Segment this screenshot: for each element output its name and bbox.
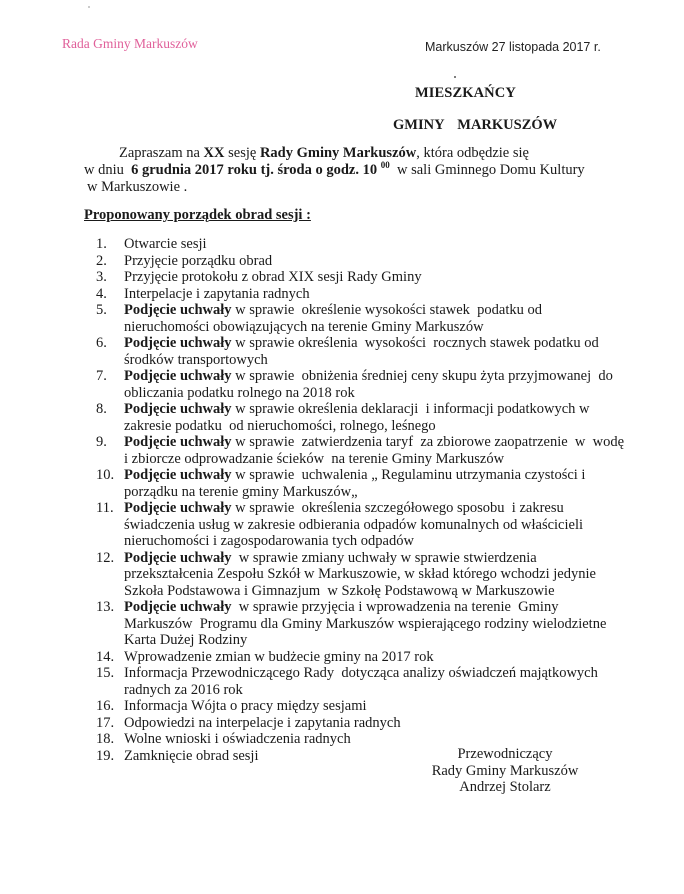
agenda-item-line: Wprowadzenie zmian w budżecie gminy na 2… [124,649,656,666]
intro-line-2: w dniu 6 grudnia 2017 roku tj. środa o g… [84,162,585,179]
agenda-item-number: 18. [96,731,124,748]
agenda-item-line: Podjęcie uchwały w sprawie uchwalenia „ … [124,467,656,484]
agenda-item: 3.Przyjęcie protokołu z obrad XIX sesji … [96,269,656,286]
agenda-item: 7.Podjęcie uchwały w sprawie obniżenia ś… [96,368,656,401]
agenda-item-line: Podjęcie uchwały w sprawie określenia sz… [124,500,656,517]
agenda-item-number: 12. [96,550,124,567]
agenda-item-line: zakresie podatku od nieruchomości, rolne… [124,418,656,435]
agenda-item-line: Podjęcie uchwały w sprawie zatwierdzenia… [124,434,656,451]
agenda-item-action: Podjęcie uchwały [124,368,232,384]
agenda-item-number: 7. [96,368,124,385]
agenda-item-number: 2. [96,253,124,270]
session-date-time: 6 grudnia 2017 roku tj. środa o godz. 10 [131,162,377,178]
agenda-item-number: 3. [96,269,124,286]
agenda-item-text: radnych za 2016 rok [124,682,243,698]
agenda-item-text: porządku na terenie gminy Markuszów„ [124,484,358,500]
signature-block: Przewodniczący Rady Gminy Markuszów Andr… [430,746,580,796]
agenda-item-line: Odpowiedzi na interpelacje i zapytania r… [124,715,656,732]
agenda-item-line: Przyjęcie porządku obrad [124,253,656,270]
agenda-item-line: środków transportowych [124,352,656,369]
agenda-item-number: 17. [96,715,124,732]
agenda-item-number: 8. [96,401,124,418]
agenda-item-text: obliczania podatku rolnego na 2018 rok [124,385,355,401]
agenda-item-text: nieruchomości obowiązujących na terenie … [124,319,484,335]
agenda-item-line: Karta Dużej Rodziny [124,632,656,649]
scan-speck [454,76,456,78]
scan-speck [88,6,90,8]
agenda-item-text: w sprawie uchwalenia „ Regulaminu utrzym… [232,467,586,483]
agenda-item-text: Przyjęcie protokołu z obrad XIX sesji Ra… [124,269,422,285]
agenda-item: 9.Podjęcie uchwały w sprawie zatwierdzen… [96,434,656,467]
agenda-item: 13.Podjęcie uchwały w sprawie przyjęcia … [96,599,656,649]
agenda-item: 15.Informacja Przewodniczącego Rady doty… [96,665,656,698]
agenda-item-number: 13. [96,599,124,616]
agenda-item-action: Podjęcie uchwały [124,550,232,566]
agenda-item-line: Szkoła Podstawowa i Gimnazjum w Szkołę P… [124,583,656,600]
agenda-item: 5.Podjęcie uchwały w sprawie określenie … [96,302,656,335]
agenda-item-text: w sprawie przyjęcia i wprowadzenia na te… [232,599,559,615]
intro-text: , która odbędzie się [416,145,529,161]
agenda-item-line: przekształcenia Zespołu Szkół w Markuszo… [124,566,656,583]
council-name: Rady Gminy Markuszów [260,145,416,161]
agenda-item-line: Podjęcie uchwały w sprawie określenia wy… [124,335,656,352]
agenda-item-text: Informacja Przewodniczącego Rady dotyczą… [124,665,598,681]
agenda-item-number: 9. [96,434,124,451]
agenda-item-text: zakresie podatku od nieruchomości, rolne… [124,418,436,434]
agenda-item-text: w sprawie zatwierdzenia taryf za zbiorow… [232,434,625,450]
agenda-item-line: Informacja Wójta o pracy między sesjami [124,698,656,715]
organization-stamp: Rada Gminy Markuszów [62,36,198,52]
agenda-list: 1.Otwarcie sesji2.Przyjęcie porządku obr… [96,236,656,764]
intro-text: Zapraszam na [119,145,204,161]
agenda-item-action: Podjęcie uchwały [124,302,232,318]
agenda-item: 8.Podjęcie uchwały w sprawie określenia … [96,401,656,434]
agenda-item-line: porządku na terenie gminy Markuszów„ [124,484,656,501]
agenda-item-number: 4. [96,286,124,303]
agenda-item-number: 14. [96,649,124,666]
agenda-item-number: 19. [96,748,124,765]
agenda-item-number: 16. [96,698,124,715]
agenda-item-text: w sprawie określenia wysokości rocznych … [232,335,599,351]
agenda-item-action: Podjęcie uchwały [124,500,232,516]
signature-title: Przewodniczący [430,746,580,763]
agenda-item-line: świadczenia usług w zakresie odbierania … [124,517,656,534]
intro-line-1: Zapraszam na XX sesję Rady Gminy Markusz… [119,145,529,162]
agenda-item-text: Odpowiedzi na interpelacje i zapytania r… [124,715,401,731]
time-minutes: 00 [381,160,390,170]
agenda-item-number: 15. [96,665,124,682]
intro-text: sesję [225,145,260,161]
agenda-item-number: 5. [96,302,124,319]
agenda-item: 16.Informacja Wójta o pracy między sesja… [96,698,656,715]
agenda-item-line: Informacja Przewodniczącego Rady dotyczą… [124,665,656,682]
agenda-item-text: Markuszów Programu dla Gminy Markuszów w… [124,616,606,632]
agenda-item: 12.Podjęcie uchwały w sprawie zmiany uch… [96,550,656,600]
agenda-item-text: Otwarcie sesji [124,236,207,252]
agenda-item: 6.Podjęcie uchwały w sprawie określenia … [96,335,656,368]
agenda-item-line: Otwarcie sesji [124,236,656,253]
agenda-item: 17.Odpowiedzi na interpelacje i zapytani… [96,715,656,732]
agenda-item-line: obliczania podatku rolnego na 2018 rok [124,385,656,402]
agenda-heading: Proponowany porządek obrad sesji : [84,207,311,224]
agenda-item-number: 11. [96,500,124,517]
agenda-item-line: Podjęcie uchwały w sprawie obniżenia śre… [124,368,656,385]
agenda-item: 1.Otwarcie sesji [96,236,656,253]
addressee-line-2: GMINY MARKUSZÓW [393,117,557,134]
intro-text: w sali Gminnego Domu Kultury [390,162,585,178]
agenda-item-text: nieruchomości i zagospodarowania tych od… [124,533,414,549]
signature-body: Rady Gminy Markuszów [430,763,580,780]
agenda-item-text: i zbiorcze odprowadzanie ścieków na tere… [124,451,504,467]
agenda-item-number: 10. [96,467,124,484]
agenda-item-line: radnych za 2016 rok [124,682,656,699]
intro-text: w dniu [84,162,131,178]
intro-line-3: w Markuszowie . [87,179,187,196]
agenda-item-action: Podjęcie uchwały [124,335,232,351]
agenda-item: 11.Podjęcie uchwały w sprawie określenia… [96,500,656,550]
agenda-item-text: świadczenia usług w zakresie odbierania … [124,517,583,533]
agenda-item-action: Podjęcie uchwały [124,467,232,483]
date-line: Markuszów 27 listopada 2017 r. [425,40,601,54]
agenda-item-line: Podjęcie uchwały w sprawie zmiany uchwał… [124,550,656,567]
signature-name: Andrzej Stolarz [430,779,580,796]
agenda-item-line: nieruchomości i zagospodarowania tych od… [124,533,656,550]
agenda-item-text: w sprawie określenia szczegółowego sposo… [232,500,564,516]
agenda-item-line: Podjęcie uchwały w sprawie określenie wy… [124,302,656,319]
agenda-item-text: w sprawie określenie wysokości stawek po… [232,302,542,318]
agenda-item-line: Podjęcie uchwały w sprawie przyjęcia i w… [124,599,656,616]
agenda-item-number: 6. [96,335,124,352]
agenda-item-line: Przyjęcie protokołu z obrad XIX sesji Ra… [124,269,656,286]
agenda-item-number: 1. [96,236,124,253]
agenda-item-text: Informacja Wójta o pracy między sesjami [124,698,367,714]
agenda-item-action: Podjęcie uchwały [124,599,232,615]
agenda-item: 10.Podjęcie uchwały w sprawie uchwalenia… [96,467,656,500]
agenda-item-text: Zamknięcie obrad sesji [124,748,258,764]
addressee-line-1: MIESZKAŃCY [415,85,516,102]
agenda-item: 4.Interpelacje i zapytania radnych [96,286,656,303]
agenda-item-text: przekształcenia Zespołu Szkół w Markuszo… [124,566,596,582]
agenda-item-line: i zbiorcze odprowadzanie ścieków na tere… [124,451,656,468]
agenda-item-text: Interpelacje i zapytania radnych [124,286,310,302]
agenda-item-text: Karta Dużej Rodziny [124,632,247,648]
agenda-item: 2.Przyjęcie porządku obrad [96,253,656,270]
agenda-item-text: środków transportowych [124,352,268,368]
agenda-item-text: Wolne wnioski i oświadczenia radnych [124,731,351,747]
agenda-item-line: nieruchomości obowiązujących na terenie … [124,319,656,336]
agenda-item-action: Podjęcie uchwały [124,434,232,450]
agenda-item-line: Markuszów Programu dla Gminy Markuszów w… [124,616,656,633]
agenda-item-text: Szkoła Podstawowa i Gimnazjum w Szkołę P… [124,583,555,599]
agenda-item-text: w sprawie określenia deklaracji i inform… [232,401,590,417]
agenda-item-text: Wprowadzenie zmian w budżecie gminy na 2… [124,649,434,665]
agenda-item-action: Podjęcie uchwały [124,401,232,417]
agenda-item-line: Interpelacje i zapytania radnych [124,286,656,303]
session-number: XX [204,145,225,161]
agenda-item: 14.Wprowadzenie zmian w budżecie gminy n… [96,649,656,666]
agenda-item-line: Podjęcie uchwały w sprawie określenia de… [124,401,656,418]
agenda-item-text: w sprawie obniżenia średniej ceny skupu … [232,368,613,384]
agenda-item-text: w sprawie zmiany uchwały w sprawie stwie… [232,550,537,566]
agenda-item-text: Przyjęcie porządku obrad [124,253,272,269]
